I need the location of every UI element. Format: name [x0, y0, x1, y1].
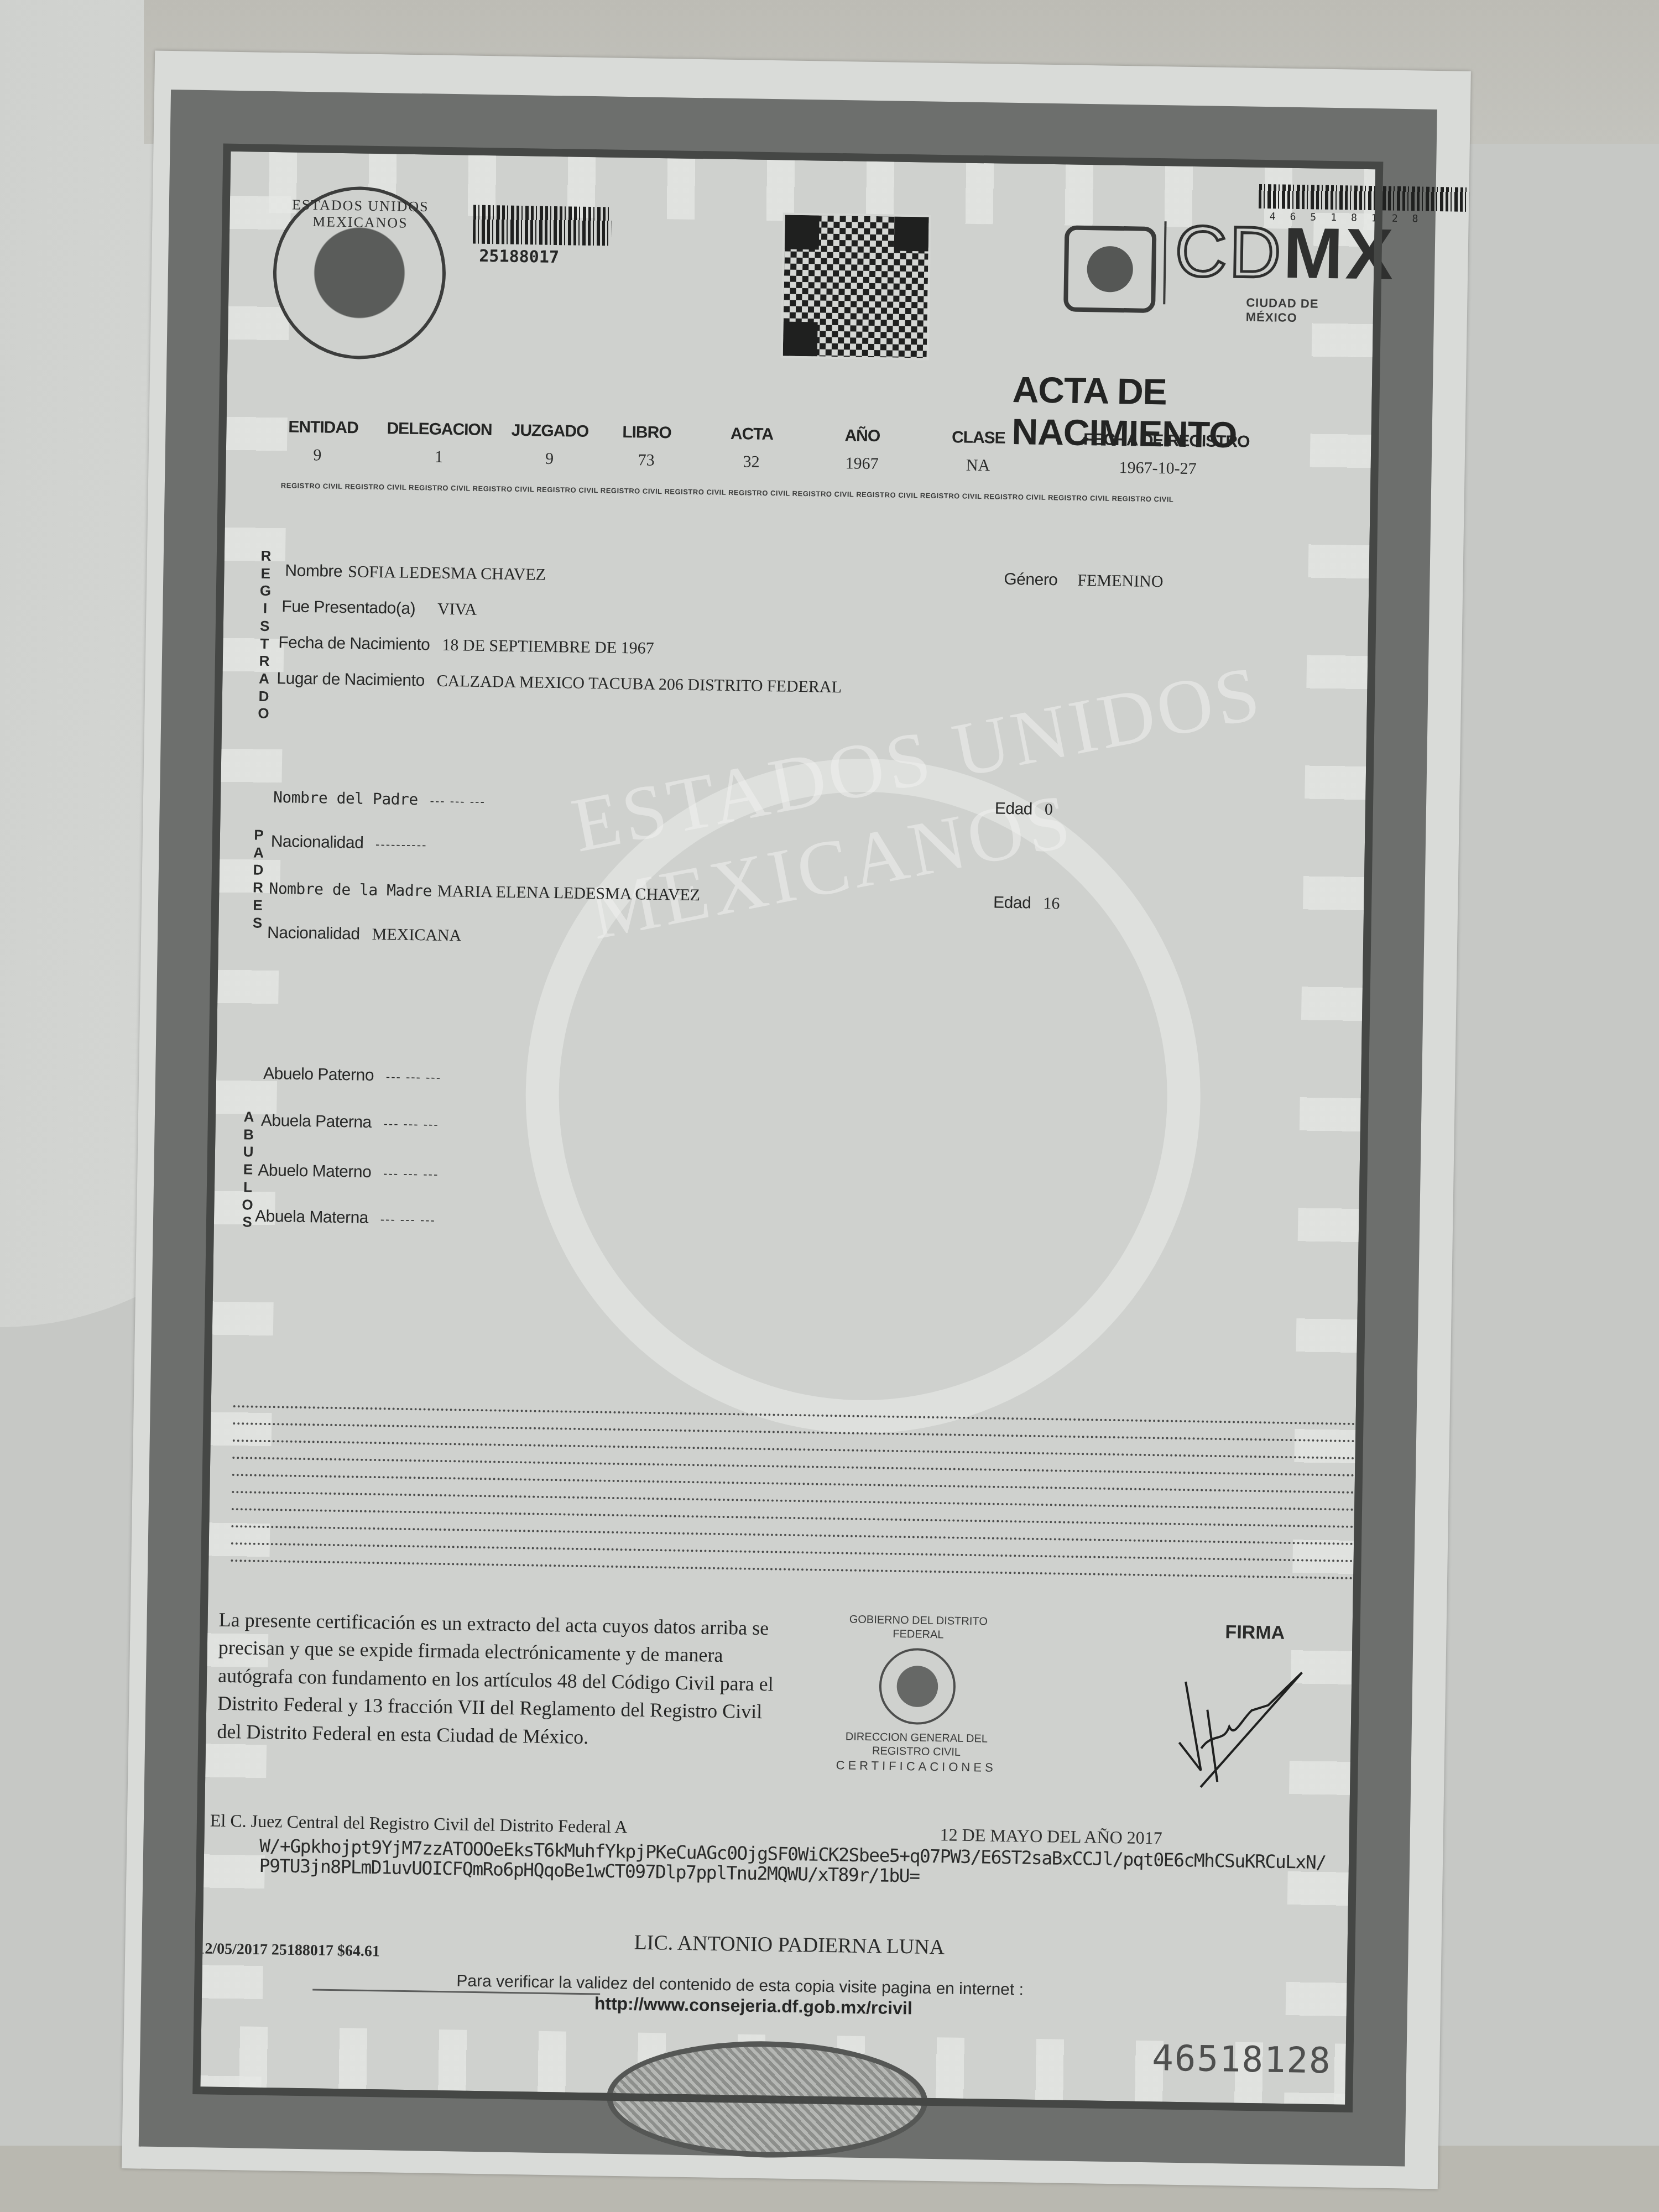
- section-label-registrado: REGISTRADO: [255, 547, 274, 723]
- abuela-materna-value: --- --- ---: [380, 1212, 436, 1227]
- section-label-letter: E: [253, 896, 263, 914]
- legal-certification-text: La presente certificación es un extracto…: [217, 1606, 783, 1754]
- field-presentado: Fue Presentado(a)VIVA: [281, 597, 477, 619]
- stamp-bottom-text: DIRECCION GENERAL DEL REGISTRO CIVIL: [825, 1730, 1008, 1760]
- brand-light: CD: [1175, 211, 1284, 293]
- juez-line: El C. Juez Central del Registro Civil de…: [210, 1811, 628, 1838]
- section-label-letter: O: [258, 705, 269, 723]
- lugar-nacimiento-value: CALZADA MEXICO TACUBA 206 DISTRITO FEDER…: [436, 672, 842, 696]
- section-label-letter: E: [243, 1161, 253, 1178]
- madre-nacionalidad-label: Nacionalidad: [267, 924, 360, 943]
- section-label-padres: PADRES: [249, 826, 267, 932]
- certificate-body: ESTADOS UNIDOS MEXICANOS ESTADOS UNIDOS …: [200, 152, 1375, 2105]
- abuelo-paterno-value: --- --- ---: [386, 1070, 442, 1084]
- padre-nacionalidad-label: Nacionalidad: [271, 832, 364, 852]
- field-lugar-nacimiento: Lugar de NacimientoCALZADA MEXICO TACUBA…: [276, 669, 842, 697]
- folio-number: 46518128: [1152, 2038, 1332, 2081]
- section-label-letter: I: [263, 600, 268, 618]
- registry-header: ENTIDAD: [281, 418, 365, 437]
- registry-value: 9: [281, 445, 354, 465]
- verification-url[interactable]: http://www.consejeria.df.gob.mx/rcivil: [594, 1993, 912, 2018]
- section-label-letter: S: [260, 618, 270, 635]
- genero-label: Género: [1004, 570, 1058, 589]
- section-label-letter: D: [258, 687, 269, 705]
- section-label-letter: O: [242, 1196, 253, 1214]
- folio-barcode-icon: [1259, 184, 1469, 212]
- qr-code-icon: [781, 212, 931, 360]
- registry-header: AÑO: [829, 426, 896, 446]
- abuela-paterna-value: --- --- ---: [383, 1117, 439, 1131]
- abuela-paterna-label: Abuela Paterna: [261, 1112, 372, 1131]
- field-madre-nacionalidad: NacionalidadMEXICANA: [267, 924, 462, 946]
- madre-edad-label: Edad: [993, 894, 1031, 912]
- madre-label: Nombre de la Madre: [269, 879, 432, 900]
- section-label-letter: A: [243, 1108, 254, 1126]
- padre-edad-label: Edad: [995, 800, 1033, 818]
- barcode-icon: [473, 205, 612, 246]
- registry-value: 32: [718, 452, 785, 472]
- abuela-materna-label: Abuela Materna: [255, 1207, 368, 1227]
- registry-value: 1967: [828, 454, 895, 474]
- section-label-letter: U: [243, 1144, 253, 1161]
- section-label-letter: B: [243, 1126, 254, 1144]
- signature-label: FIRMA: [1225, 1621, 1285, 1644]
- section-label-letter: S: [242, 1214, 252, 1232]
- field-padre: Nombre del Padre--- --- ---: [273, 788, 486, 810]
- padre-nacionalidad-value: ----------: [375, 837, 427, 852]
- presentado-label: Fue Presentado(a): [281, 597, 415, 618]
- section-label-letter: R: [260, 547, 271, 565]
- section-label-letter: R: [259, 653, 269, 670]
- section-label-letter: P: [254, 827, 264, 844]
- registry-value: 1: [378, 447, 500, 467]
- field-abuela-materna: Abuela Materna--- --- ---: [255, 1207, 436, 1229]
- lugar-nacimiento-label: Lugar de Nacimiento: [276, 669, 425, 690]
- padre-value: --- --- ---: [430, 794, 486, 809]
- annotation-lines: [231, 1390, 1356, 1579]
- registry-value: 9: [502, 449, 597, 469]
- padre-edad-value: 0: [1045, 800, 1053, 818]
- madre-value: MARIA ELENA LEDESMA CHAVEZ: [437, 882, 701, 904]
- fecha-nacimiento-value: 18 DE SEPTIEMBRE DE 1967: [442, 636, 654, 658]
- field-abuela-paterna: Abuela Paterna--- --- ---: [261, 1112, 439, 1133]
- field-padre-edad: Edad0: [995, 800, 1053, 820]
- ornamental-frame: ESTADOS UNIDOS MEXICANOS ESTADOS UNIDOS …: [139, 90, 1437, 2167]
- field-fecha-nacimiento: Fecha de Nacimiento18 DE SEPTIEMBRE DE 1…: [278, 633, 654, 658]
- electronic-signature-hash: W/+Gpkhojpt9YjM7zzATOOOeEksT6kMuhfYkpjPK…: [259, 1836, 1327, 1893]
- cdmx-logo-text: CDMX: [1175, 215, 1396, 290]
- issue-date: 12 DE MAYO DEL AÑO 2017: [940, 1824, 1162, 1848]
- barcode-number: 25188017: [479, 247, 559, 267]
- field-genero: GéneroFEMENINO: [1004, 570, 1164, 592]
- section-label-letter: T: [260, 635, 269, 653]
- padre-label: Nombre del Padre: [273, 788, 418, 808]
- section-label-letter: L: [243, 1178, 252, 1196]
- genero-value: FEMENINO: [1077, 571, 1163, 591]
- section-label-letter: A: [259, 670, 269, 688]
- section-label-letter: S: [253, 914, 263, 932]
- madre-nacionalidad-value: MEXICANA: [372, 925, 461, 945]
- signature-icon: [1167, 1660, 1313, 1794]
- abuelo-materno-value: --- --- ---: [383, 1166, 439, 1181]
- abuelo-paterno-label: Abuelo Paterno: [263, 1065, 374, 1084]
- registry-header: ACTA: [718, 425, 785, 445]
- brand-bold: MX: [1282, 212, 1396, 295]
- registry-value: NA: [939, 456, 1017, 476]
- national-seal-icon: ESTADOS UNIDOS MEXICANOS: [272, 185, 447, 361]
- stamp-seal-icon: [879, 1647, 956, 1725]
- brand-subtitle: CIUDAD DE MÉXICO: [1246, 296, 1374, 327]
- registry-stamp: GOBIERNO DEL DISTRITO FEDERAL DIRECCION …: [825, 1613, 1010, 1776]
- cdmx-emblem-icon: [1063, 225, 1156, 313]
- field-padre-nacionalidad: Nacionalidad----------: [271, 832, 427, 853]
- field-abuelo-paterno: Abuelo Paterno--- --- ---: [263, 1065, 441, 1086]
- registry-header: JUZGADO: [503, 421, 597, 442]
- section-label-letter: A: [253, 844, 264, 862]
- official-name: LIC. ANTONIO PADIERNA LUNA: [634, 1931, 945, 1960]
- stamp-cert-text: CERTIFICACIONES: [825, 1757, 1007, 1776]
- registry-value: 1967-10-27: [1066, 458, 1249, 479]
- registry-header: DELEGACION: [378, 419, 500, 440]
- section-label-letter: E: [260, 565, 270, 582]
- section-label-letter: G: [260, 582, 272, 600]
- stamp-top-text: GOBIERNO DEL DISTRITO FEDERAL: [827, 1613, 1010, 1643]
- nombre-label: Nombre: [285, 561, 342, 581]
- field-madre-edad: Edad16: [993, 894, 1060, 914]
- presentado-value: VIVA: [437, 600, 477, 619]
- payment-receipt: 12/05/2017 25188017 $64.61: [197, 1940, 380, 1960]
- registro-civil-microtext: REGISTRO CIVIL REGISTRO CIVIL REGISTRO C…: [281, 481, 1321, 506]
- section-label-letter: D: [253, 862, 263, 879]
- field-abuelo-materno: Abuelo Materno--- --- ---: [258, 1161, 439, 1183]
- seal-text: ESTADOS UNIDOS MEXICANOS: [277, 196, 444, 232]
- registry-value: 73: [613, 451, 680, 471]
- field-nombre: NombreSOFIA LEDESMA CHAVEZ: [285, 561, 546, 584]
- nombre-value: SOFIA LEDESMA CHAVEZ: [348, 562, 546, 584]
- section-label-letter: R: [253, 879, 263, 897]
- registry-header: FECHA DE REGISTRO: [1067, 430, 1266, 452]
- madre-edad-value: 16: [1043, 894, 1060, 912]
- logo-divider: [1163, 221, 1166, 304]
- abuelo-materno-label: Abuelo Materno: [258, 1161, 371, 1181]
- birth-certificate-document: ESTADOS UNIDOS MEXICANOS ESTADOS UNIDOS …: [122, 51, 1471, 2189]
- section-label-abuelos: ABUELOS: [239, 1108, 257, 1231]
- registry-header: LIBRO: [613, 423, 680, 443]
- registry-header: CLASE: [940, 428, 1018, 448]
- fecha-nacimiento-label: Fecha de Nacimiento: [278, 633, 430, 654]
